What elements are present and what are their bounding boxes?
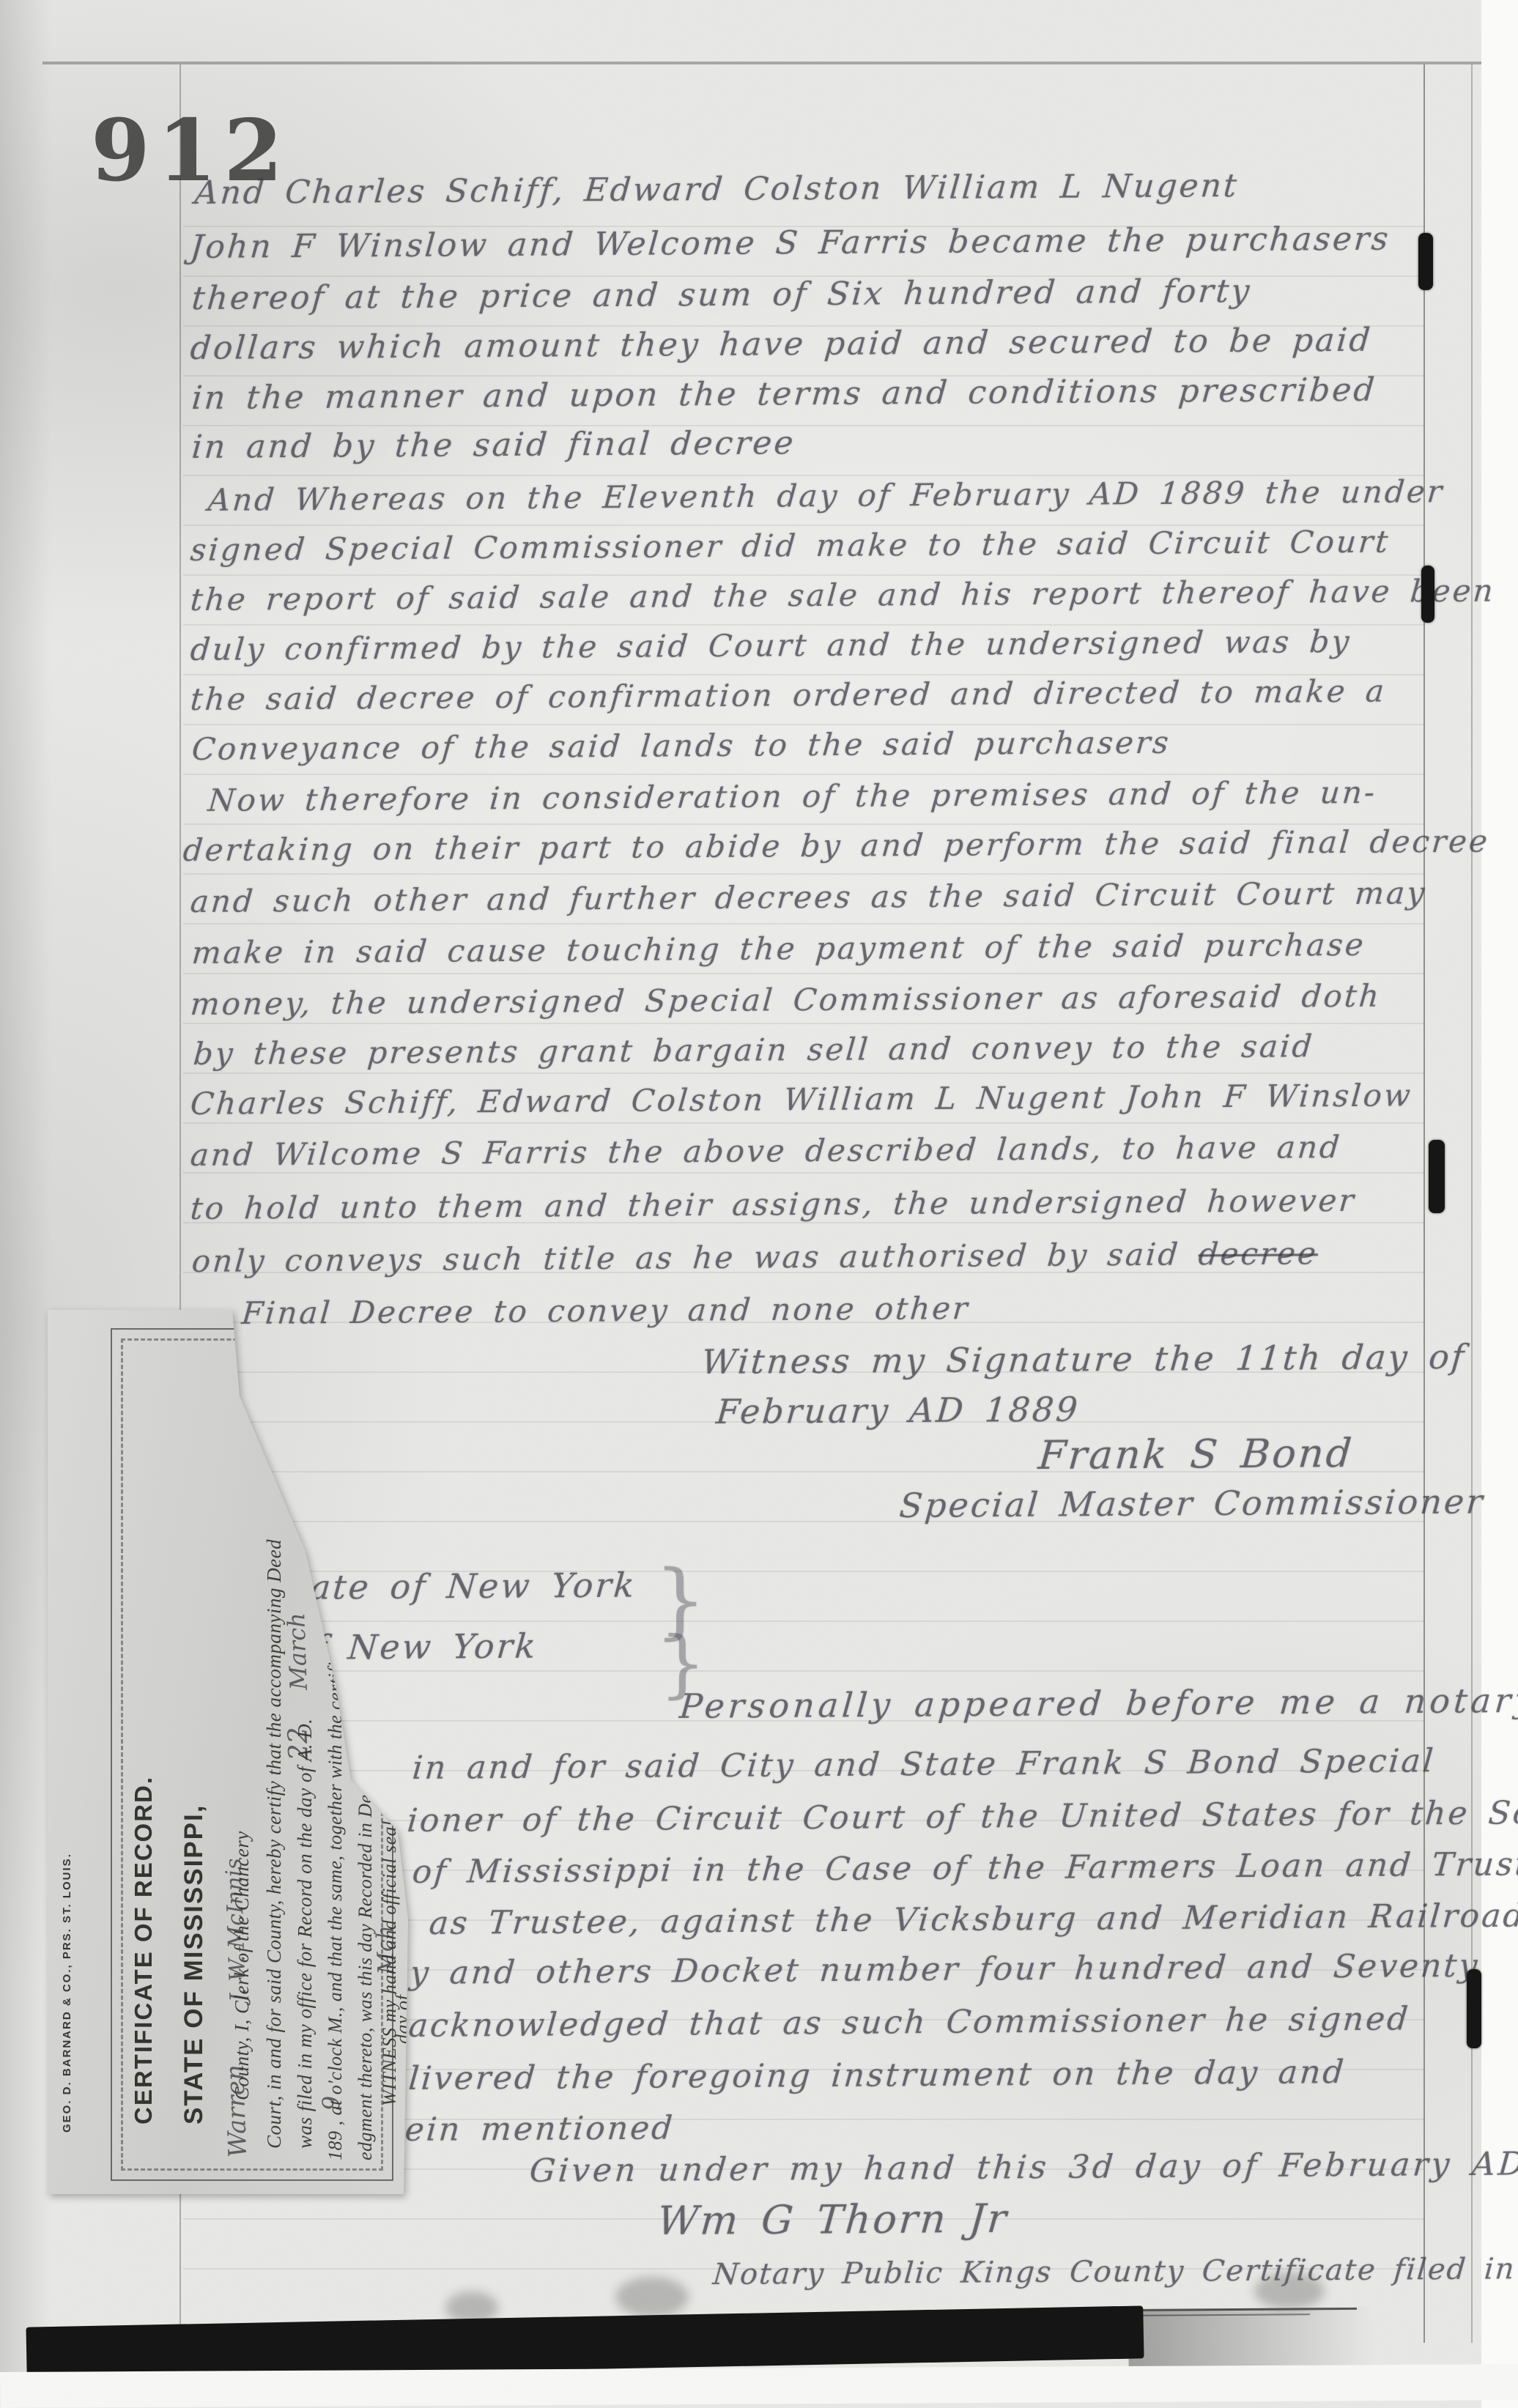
binding-mark xyxy=(1467,1969,1481,2048)
page-top-edge xyxy=(42,62,1481,64)
notary-date-line: Given under my hand this 3d day of Febru… xyxy=(528,2145,1518,2190)
deed-line-3: thereof at the price and sum of Six hund… xyxy=(190,273,1253,317)
ink-smudge xyxy=(615,2277,689,2317)
ink-smudge xyxy=(1254,2272,1325,2309)
slip-hand-clerk: J. W. McInnis xyxy=(221,1858,252,2003)
slip-hand-month: March xyxy=(282,1612,313,1691)
ack-line-3: ioner of the Circuit Court of the United… xyxy=(406,1793,1518,1840)
ack-line-7: acknowledged that as such Commissioner h… xyxy=(407,2000,1412,2045)
slip-rotated-content: GEO. D. BARNARD & CO., PRS. ST. LOUIS.CE… xyxy=(48,1310,410,2194)
scan-shadow-fade xyxy=(1128,2305,1481,2369)
slip-row-filed: was filed in my office for Record on the… xyxy=(294,1719,316,2149)
scanned-deed-page: 912 And Charles Schiff, Edward Colston W… xyxy=(0,0,1518,2408)
scan-background-right xyxy=(1481,0,1518,2408)
binding-mark xyxy=(1418,233,1433,290)
right-rule-inner xyxy=(1423,64,1425,2343)
slip-printer-credit: GEO. D. BARNARD & CO., PRS. ST. LOUIS. xyxy=(61,1853,73,2133)
binding-mark xyxy=(1429,1140,1445,1213)
deed-line-12: Conveyance of the said lands to the said… xyxy=(190,725,1172,767)
slip-paper: GEO. D. BARNARD & CO., PRS. ST. LOUIS.CE… xyxy=(48,1310,410,2194)
witness-date-line: February AD 1889 xyxy=(715,1390,1081,1431)
ack-line-9: ein mentioned xyxy=(404,2109,676,2149)
slip-hand-day: 22 xyxy=(283,1726,314,1760)
slip-hand-year: 9 xyxy=(317,2095,346,2111)
deed-line-1: And Charles Schiff, Edward Colston Willi… xyxy=(193,167,1240,212)
slip-state-heading: STATE OF MISSISSIPPI, xyxy=(179,1804,209,2124)
commissioner-signature: Frank S Bond xyxy=(1037,1430,1355,1478)
notary-title-line: Notary Public Kings County Certificate f… xyxy=(711,2251,1518,2292)
venue-brace-2: } xyxy=(659,1620,706,1706)
ack-line-2: in and for said City and State Frank S B… xyxy=(411,1742,1437,1787)
commissioner-title: Special Master Commissioner xyxy=(898,1481,1486,1525)
notary-signature: Wm G Thorn Jr xyxy=(656,2196,1010,2244)
deed-line-6: in and by the said final decree xyxy=(190,424,797,466)
ack-line-4: of Mississippi in the Case of the Farmer… xyxy=(411,1845,1518,1891)
witness-line: Witness my Signature the 11th day of xyxy=(700,1337,1468,1382)
slip-title: CERTIFICATE OF RECORD. xyxy=(130,1776,158,2124)
certificate-of-record-slip: GEO. D. BARNARD & CO., PRS. ST. LOUIS.CE… xyxy=(48,1310,410,2194)
slip-hand-county: Warren xyxy=(221,2064,253,2158)
ack-line-5: as Trustee, against the Vicksburg and Me… xyxy=(428,1897,1518,1942)
ack-line-8: livered the foregoing instrument on the … xyxy=(407,2053,1347,2097)
ack-line-6: y and others Docket number four hundred … xyxy=(409,1947,1481,1992)
slip-hand-month-2: Mch xyxy=(372,1925,399,1975)
slip-row-oclock: 189 , at o'clock M., and that the same, … xyxy=(325,1530,347,2160)
binding-mark xyxy=(1421,566,1434,623)
ack-line-1: Personally appeared before me a notary xyxy=(678,1681,1518,1726)
